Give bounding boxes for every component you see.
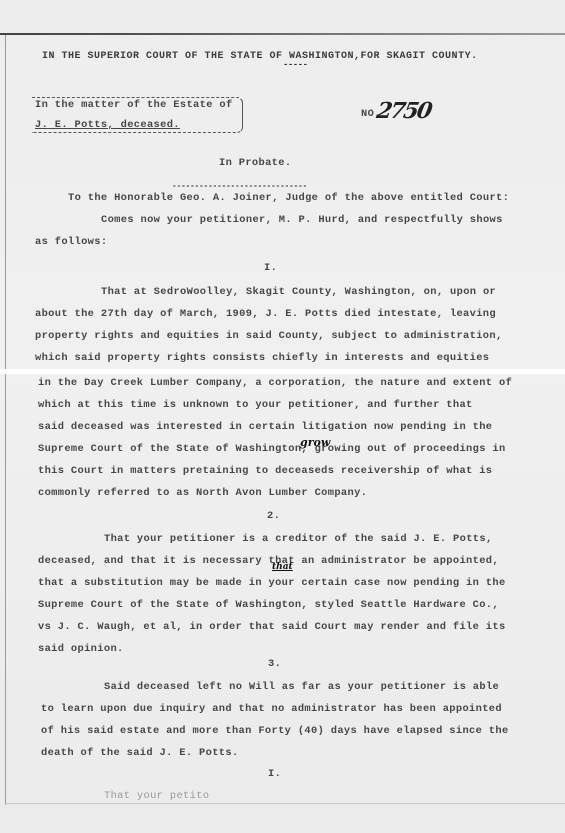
section-1-line: this Court in matters pretaining to dece…: [38, 465, 492, 477]
page-bottom-edge: [5, 803, 565, 804]
section-2-line: That your petitioner is a creditor of th…: [104, 533, 493, 545]
section-1-line: about the 27th day of March, 1909, J. E.…: [35, 308, 496, 320]
intro-line-2: as follows:: [35, 236, 107, 248]
handwritten-insert-that: that: [272, 562, 293, 572]
section-1-line: That at SedroWoolley, Skagit County, Was…: [101, 286, 496, 298]
section-2-line: that a substitution may be made in your …: [38, 577, 506, 589]
section-1-line: which at this time is unknown to your pe…: [38, 399, 473, 411]
section-number-2: 2.: [267, 510, 280, 522]
section-1-line: Supreme Court of the State of Washington…: [38, 443, 506, 455]
section-1-line: said deceased was interested in certain …: [38, 421, 492, 433]
section-3-line: Said deceased left no Will as far as you…: [104, 681, 499, 693]
section-3-line: of his said estate and more than Forty (…: [41, 725, 509, 737]
address-line: To the Honorable Geo. A. Joiner, Judge o…: [68, 192, 509, 204]
handwritten-insert-grow: grow: [300, 436, 330, 449]
proceeding-rule: ------------------------------: [172, 182, 307, 191]
section-number-1: I.: [264, 262, 277, 274]
caption-line-2: J. E. Potts, deceased.: [35, 119, 180, 131]
section-number-4: I.: [268, 768, 281, 780]
section-number-3: 3.: [268, 658, 281, 670]
scan-seam: [0, 369, 565, 374]
section-4-line-faded: That your petito: [104, 790, 209, 802]
section-1-line: in the Day Creek Lumber Company, a corpo…: [38, 377, 512, 389]
caption-line-1: In the matter of the Estate of: [35, 99, 233, 111]
section-2-line: Supreme Court of the State of Washington…: [38, 599, 499, 611]
scanned-document-page: IN THE SUPERIOR COURT OF THE STATE OF WA…: [0, 0, 565, 833]
page-top-edge: [0, 33, 565, 35]
section-1-line: property rights and equities in said Cou…: [35, 330, 503, 342]
proceeding-title: In Probate.: [219, 157, 291, 169]
section-2-line: said opinion.: [38, 643, 124, 655]
handwritten-case-number: 2750: [375, 98, 433, 124]
court-heading: IN THE SUPERIOR COURT OF THE STATE OF WA…: [42, 51, 478, 62]
section-3-line: death of the said J. E. Potts.: [41, 747, 239, 759]
section-2-line: deceased, and that it is necessary that …: [38, 555, 499, 567]
intro-line-1: Comes now your petitioner, M. P. Hurd, a…: [101, 214, 503, 226]
page-left-margin-line: [5, 35, 6, 805]
section-2-line: vs J. C. Waugh, et al, in order that sai…: [38, 621, 506, 633]
section-3-line: to learn upon due inquiry and that no ad…: [41, 703, 502, 715]
section-1-line: commonly referred to as North Avon Lumbe…: [38, 487, 367, 499]
heading-rule: -----: [283, 60, 308, 70]
section-1-line: which said property rights consists chie…: [35, 352, 489, 364]
